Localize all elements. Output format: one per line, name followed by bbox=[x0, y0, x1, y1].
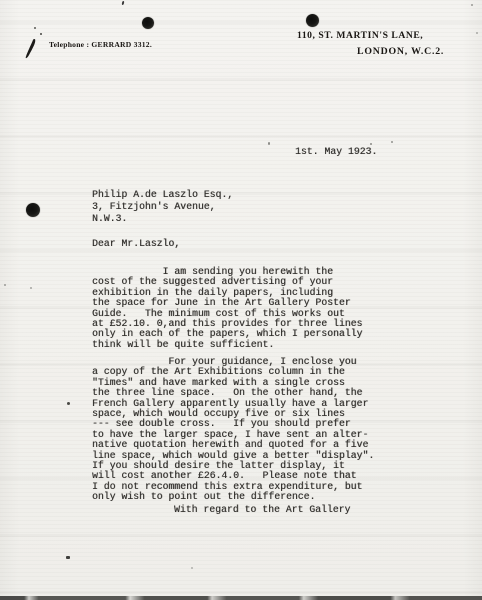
text-line: only wish to point out the difference. bbox=[92, 492, 374, 502]
body-paragraph-1: I am sending you herewith thecost of the… bbox=[92, 267, 362, 350]
ink-speck bbox=[476, 32, 478, 34]
ink-speck bbox=[4, 284, 6, 286]
ink-speck bbox=[122, 1, 125, 5]
salutation: Dear Mr.Laszlo, bbox=[92, 239, 180, 249]
text-line: 3, Fitzjohn's Avenue, bbox=[92, 201, 233, 213]
ink-speck bbox=[268, 142, 270, 145]
text-line: N.W.3. bbox=[92, 213, 233, 225]
text-line: think will be quite sufficient. bbox=[92, 340, 362, 350]
letterhead-telephone: Telephone : GERRARD 3312. bbox=[49, 40, 152, 49]
ink-speck bbox=[391, 141, 393, 143]
ink-speck bbox=[471, 4, 473, 6]
ink-speck bbox=[40, 33, 42, 35]
closing-line: With regard to the Art Gallery bbox=[174, 505, 350, 515]
ink-blot bbox=[26, 203, 40, 217]
letterhead-address-line2: LONDON, W.C.2. bbox=[357, 46, 444, 57]
body-paragraph-2: For your guidance, I enclose youa copy o… bbox=[92, 357, 374, 503]
scan-edge-artifact bbox=[0, 596, 482, 600]
ink-speck bbox=[34, 27, 36, 29]
ink-speck bbox=[370, 143, 372, 145]
ink-blot bbox=[142, 17, 154, 29]
ink-blot bbox=[306, 14, 319, 27]
ink-speck bbox=[67, 402, 70, 405]
recipient-address: Philip A.de Laszlo Esq.,3, Fitzjohn's Av… bbox=[92, 189, 233, 225]
ink-speck bbox=[30, 287, 32, 289]
pen-mark bbox=[24, 38, 39, 61]
letter-date: 1st. May 1923. bbox=[295, 147, 377, 157]
text-line: Philip A.de Laszlo Esq., bbox=[92, 189, 233, 201]
letter-page: Telephone : GERRARD 3312. 110, ST. MARTI… bbox=[0, 0, 482, 600]
letterhead-address-line1: 110, ST. MARTIN'S LANE, bbox=[297, 30, 423, 41]
ink-speck bbox=[66, 556, 70, 559]
ink-speck bbox=[191, 567, 193, 569]
